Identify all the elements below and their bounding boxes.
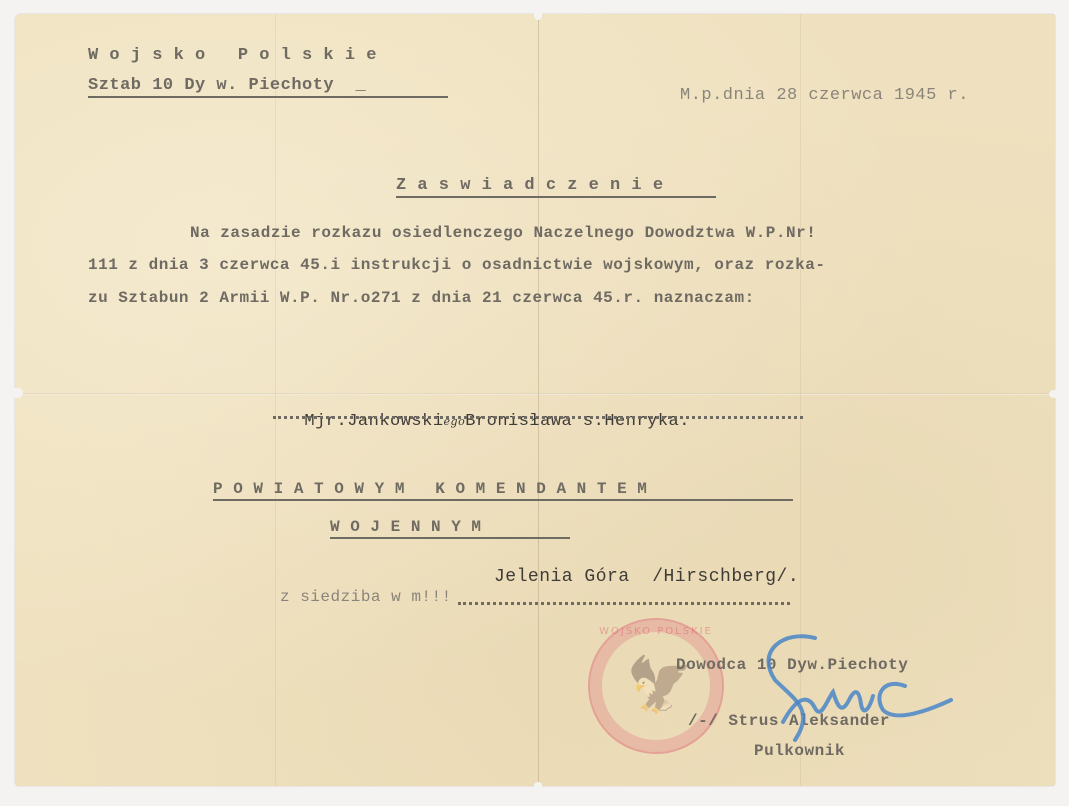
body-line-2: 111 z dnia 3 czerwca 45.i instrukcji o o… — [88, 256, 825, 274]
handwritten-signature-icon — [755, 630, 965, 750]
paper-tear-right — [1049, 390, 1059, 398]
paper-tear-top — [534, 12, 542, 20]
official-stamp: WOJSKO POLSKIE 🦅 — [588, 618, 724, 754]
location-dotted-line — [458, 602, 790, 605]
appointee-dotted-line — [273, 416, 803, 419]
document-title: Z a s w i a d c z e n i e — [396, 176, 716, 198]
stamp-text: WOJSKO POLSKIE — [590, 626, 722, 637]
location-typed: Jelenia Góra /Hirschberg/. — [494, 567, 799, 587]
seat-label: z siedziba w m!!! — [280, 588, 452, 606]
header-organization: W o j s k o P o l s k i e — [88, 46, 377, 65]
place-and-date: M.p.dnia 28 czerwca 1945 r. — [680, 86, 969, 105]
paper-tear-bottom — [534, 782, 542, 788]
paper-tear-left — [13, 388, 23, 398]
appointee-given-name: Bronisława s. — [465, 412, 604, 431]
position-line-1: P O W I A T O W Y M K O M E N D A N T E … — [213, 480, 793, 501]
vertical-crease-left — [275, 14, 276, 786]
body-line-3: zu Sztabun 2 Armii W.P. Nr.o271 z dnia 2… — [88, 289, 755, 307]
appointee-rank-surname: Mjr.Jankowski — [304, 412, 443, 431]
appointee-father-name: Henryka. — [604, 412, 690, 431]
position-line-2: W O J E N N Y M — [330, 518, 570, 539]
header-unit: Sztab 10 Dy w. Piechoty _ — [88, 76, 448, 98]
body-line-1: Na zasadzie rozkazu osiedlenczego Naczel… — [190, 224, 816, 242]
appointee-name: Mjr.JankowskiegoBronisława s.Henryka. — [283, 393, 690, 431]
